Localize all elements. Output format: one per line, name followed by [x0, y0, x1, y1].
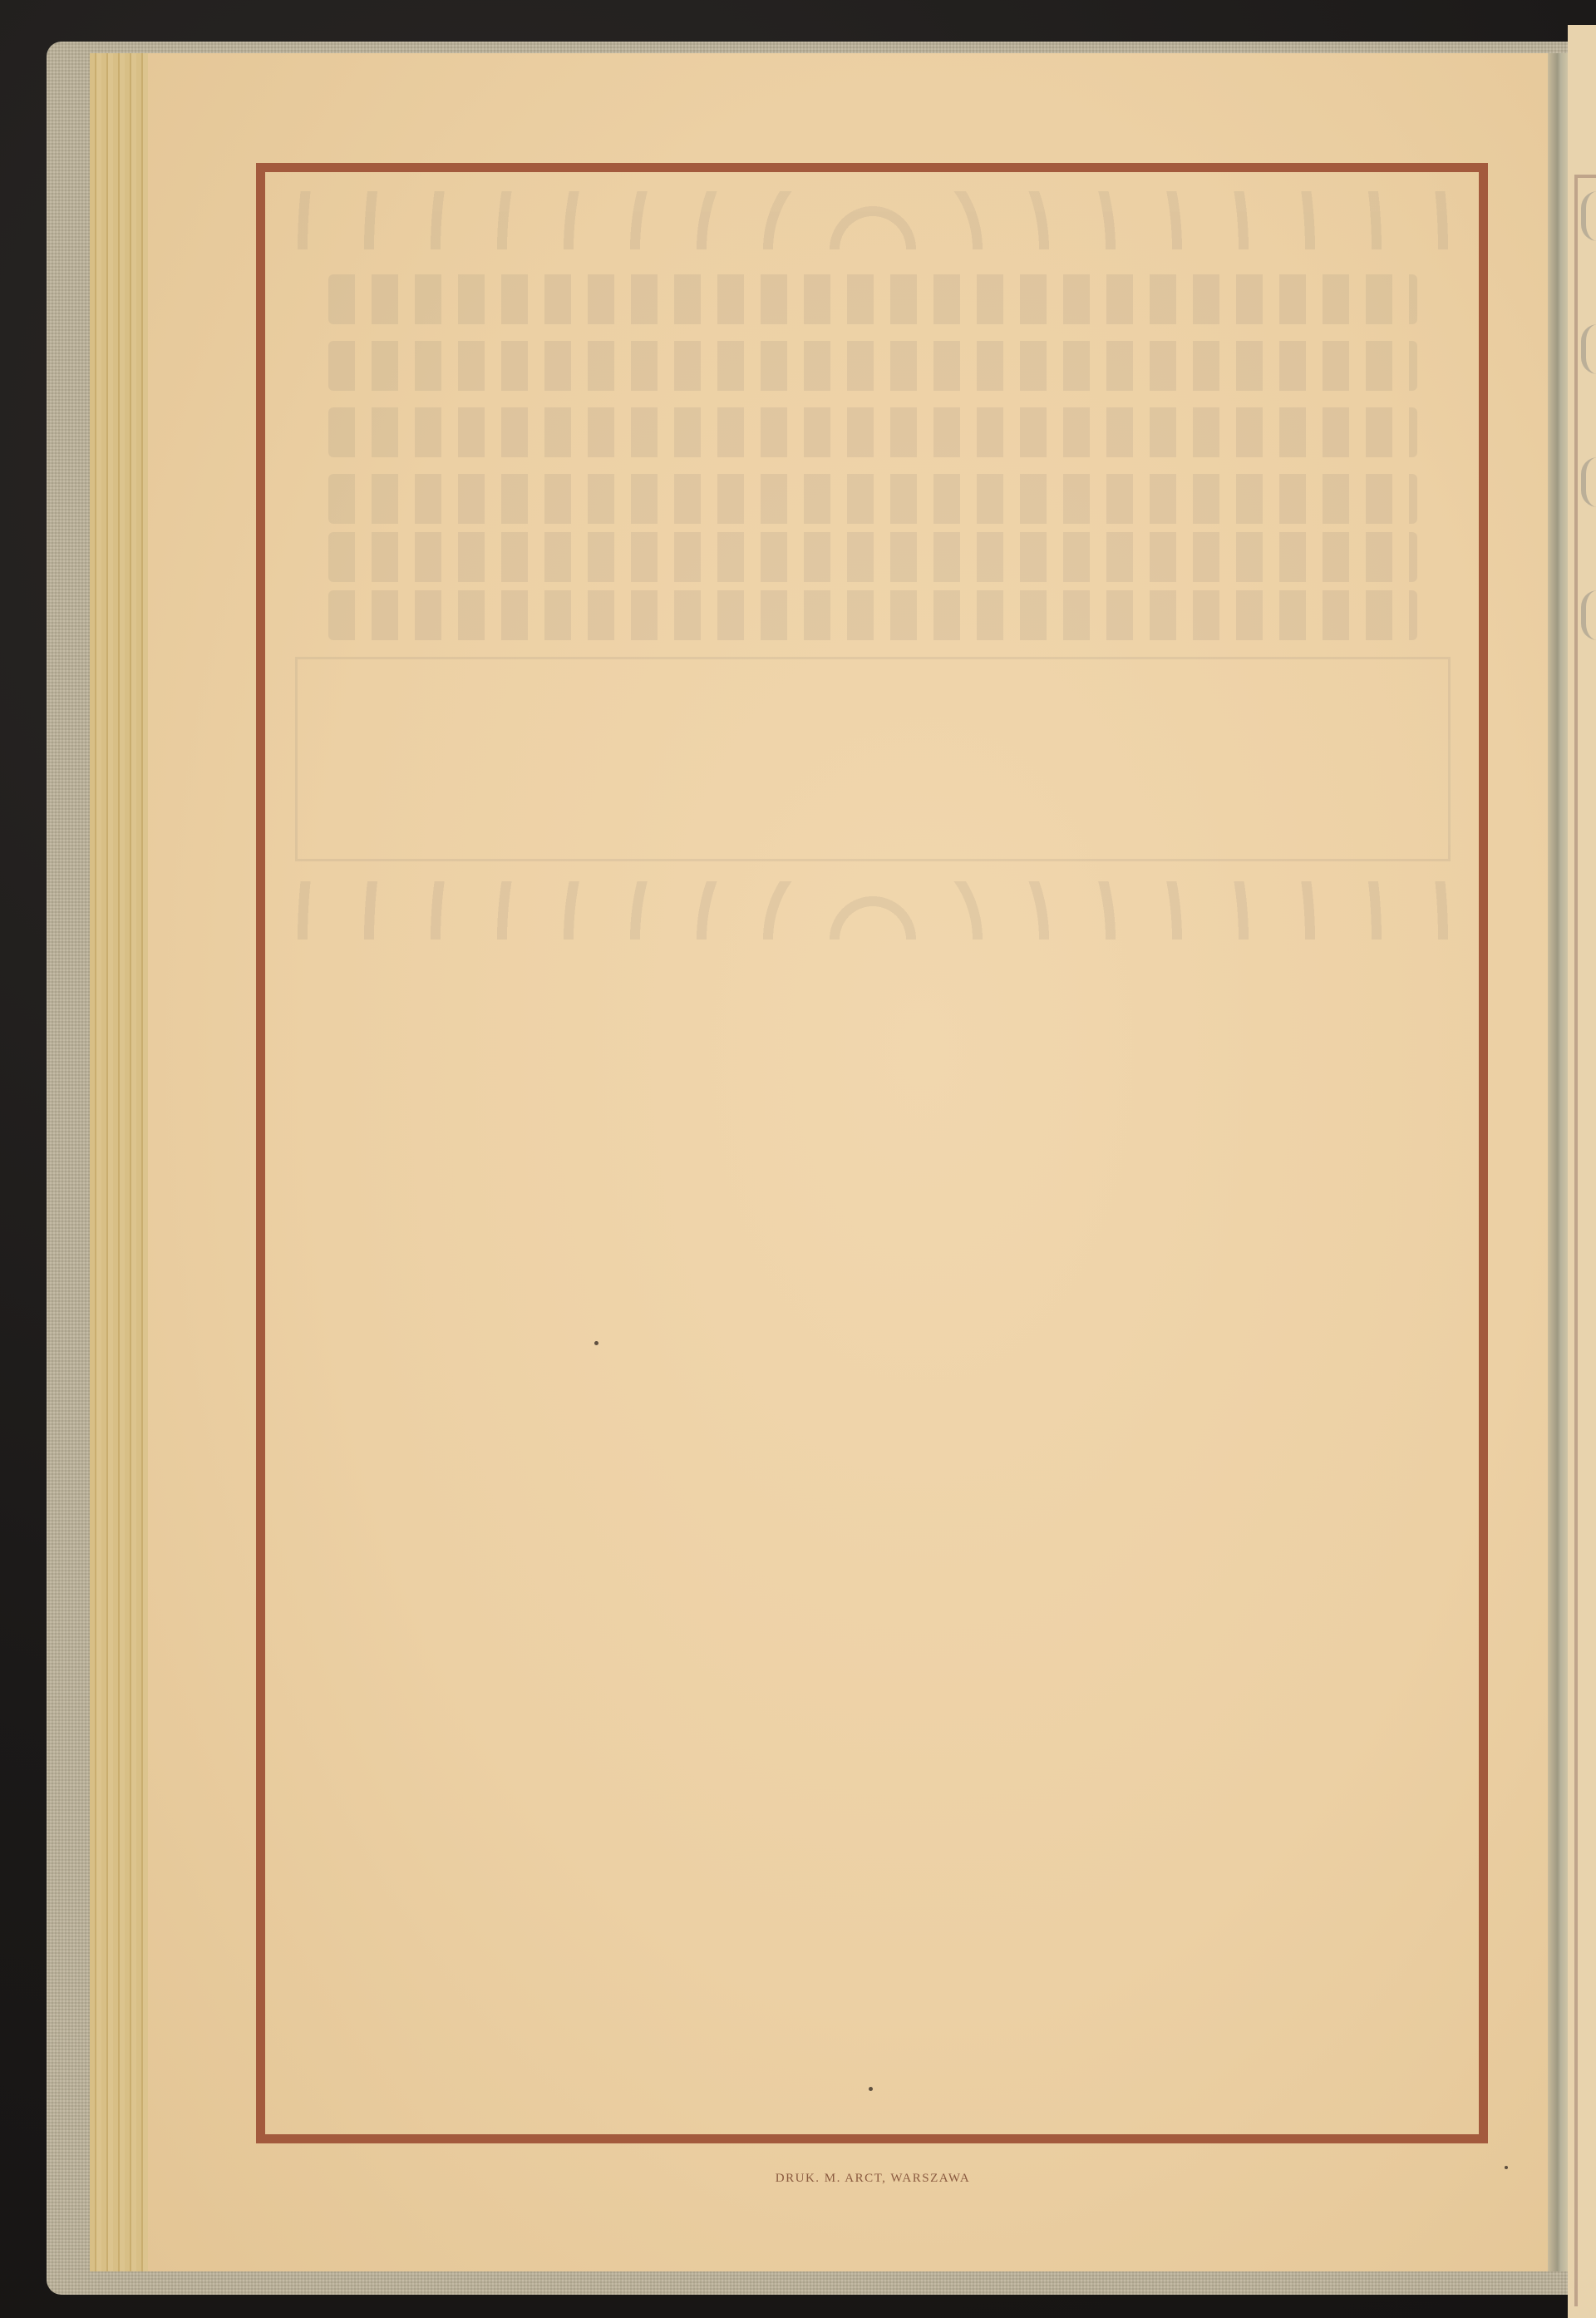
paper-speck — [869, 2087, 873, 2091]
facing-ornament — [1581, 590, 1596, 640]
facing-ornament — [1581, 324, 1596, 374]
printer-imprint: DRUK. M. ARCT, WARSZAWA — [0, 2172, 1596, 2186]
book-gutter — [1548, 53, 1569, 2271]
paper-speck — [1505, 2166, 1508, 2169]
imprint-text: DRUK. M. ARCT, WARSZAWA — [776, 2172, 970, 2185]
paper-speck — [594, 1341, 598, 1345]
facing-ornament — [1581, 457, 1596, 507]
page-edge-stack — [90, 53, 151, 2271]
facing-ornament — [1581, 191, 1596, 241]
facing-page-edge — [1568, 25, 1596, 2318]
page-border-frame — [256, 163, 1488, 2143]
